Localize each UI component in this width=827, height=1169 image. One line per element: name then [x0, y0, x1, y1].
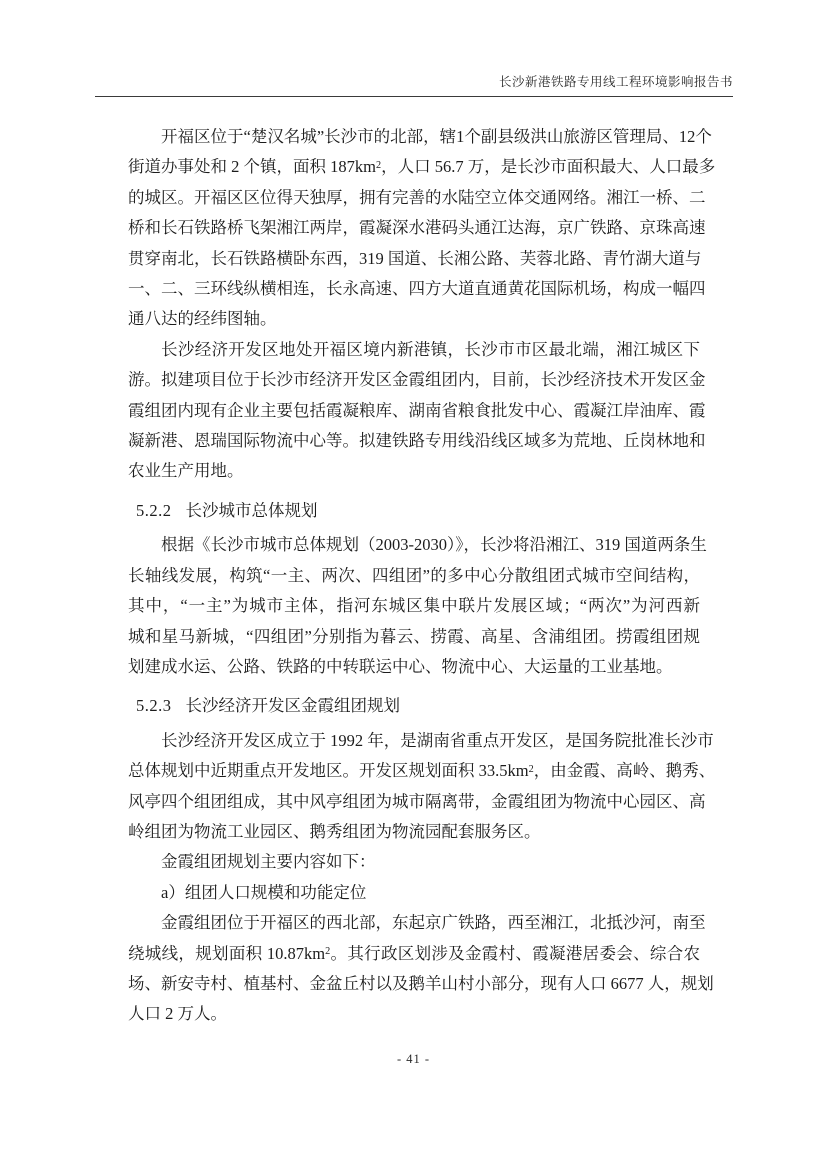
heading-title: 长沙城市总体规划 — [186, 501, 318, 520]
paragraph: 根据《长沙市城市总体规划（2003-2030）》，长沙将沿湘江、319 国道两条… — [128, 530, 700, 682]
paragraph: 长沙经济开发区成立于 1992 年，是湖南省重点开发区，是国务院批准长沙市总体规… — [128, 726, 700, 848]
text-line: 岭组团为物流工业园区、鹅秀组团为物流园配套服务区。 — [128, 817, 700, 847]
section-heading: 5.2.3长沙经济开发区金霞组团规划 — [128, 691, 700, 721]
text-line: 场、新安寺村、植基村、金盆丘村以及鹅羊山村小部分，现有人口 6677 人，规划 — [128, 969, 700, 999]
text-line: 霞组团内现有企业主要包括霞凝粮库、湖南省粮食批发中心、霞凝江岸油库、霞 — [128, 396, 700, 426]
document-page: 长沙新港铁路专用线工程环境影响报告书 开福区位于“楚汉名城”长沙市的北部，辖1个… — [0, 0, 827, 1169]
text-line: 一、二、三环线纵横相连，长永高速、四方大道直通黄花国际机场，构成一幅四 — [128, 274, 700, 304]
text-line: 其中，“一主”为城市主体，指河东城区集中联片发展区域；“两次”为河西新 — [128, 591, 700, 621]
header-rule — [95, 96, 733, 97]
text-line: 长轴线发展，构筑“一主、两次、四组团”的多中心分散组团式城市空间结构， — [128, 561, 700, 591]
text-line: 农业生产用地。 — [128, 456, 700, 486]
running-header-title: 长沙新港铁路专用线工程环境影响报告书 — [95, 74, 733, 90]
text-line: 通八达的经纬图轴。 — [128, 304, 700, 334]
text-line: 游。拟建项目位于长沙市经济开发区金霞组团内，目前，长沙经济技术开发区金 — [128, 365, 700, 395]
paragraph: a）组团人口规模和功能定位 — [128, 878, 700, 908]
text-line: 风亭四个组团组成，其中风亭组团为城市隔离带，金霞组团为物流中心园区、高 — [128, 787, 700, 817]
text-line: 划建成水运、公路、铁路的中转联运中心、物流中心、大运量的工业基地。 — [128, 652, 700, 682]
paragraph: 金霞组团规划主要内容如下： — [128, 847, 700, 877]
text-line: 的城区。开福区区位得天独厚，拥有完善的水陆空立体交通网络。湘江一桥、二 — [128, 183, 700, 213]
text-line: 长沙经济开发区地处开福区境内新港镇，长沙市市区最北端，湘江城区下 — [128, 335, 700, 365]
heading-number: 5.2.3 — [136, 696, 172, 715]
section-heading: 5.2.2长沙城市总体规划 — [128, 496, 700, 526]
text-line: 金霞组团规划主要内容如下： — [128, 847, 700, 877]
text-line: 桥和长石铁路桥飞架湘江两岸，霞凝深水港码头通江达海，京广铁路、京珠高速 — [128, 213, 700, 243]
text-line: 人口 2 万人。 — [128, 999, 700, 1029]
text-line: 长沙经济开发区成立于 1992 年，是湖南省重点开发区，是国务院批准长沙市 — [128, 726, 700, 756]
text-line: 贯穿南北，长石铁路横卧东西，319 国道、长湘公路、芙蓉北路、青竹湖大道与 — [128, 244, 700, 274]
paragraph: 长沙经济开发区地处开福区境内新港镇，长沙市市区最北端，湘江城区下游。拟建项目位于… — [128, 335, 700, 487]
paragraph: 金霞组团位于开福区的西北部，东起京广铁路，西至湘江，北抵沙河，南至绕城线，规划面… — [128, 908, 700, 1030]
text-line: a）组团人口规模和功能定位 — [128, 878, 700, 908]
heading-number: 5.2.2 — [136, 501, 172, 520]
body-text: 开福区位于“楚汉名城”长沙市的北部，辖1个副县级洪山旅游区管理局、12个街道办事… — [128, 122, 700, 1030]
text-line: 开福区位于“楚汉名城”长沙市的北部，辖1个副县级洪山旅游区管理局、12个 — [128, 122, 700, 152]
text-line: 城和星马新城，“四组团”分别指为暮云、捞霞、高星、含浦组团。捞霞组团规 — [128, 622, 700, 652]
text-line: 街道办事处和 2 个镇，面积 187km2，人口 56.7 万，是长沙市面积最大… — [128, 152, 700, 182]
heading-title: 长沙经济开发区金霞组团规划 — [186, 696, 401, 715]
text-line: 金霞组团位于开福区的西北部，东起京广铁路，西至湘江，北抵沙河，南至 — [128, 908, 700, 938]
page-number: - 41 - — [0, 1052, 827, 1067]
text-line: 凝新港、恩瑞国际物流中心等。拟建铁路专用线沿线区域多为荒地、丘岗林地和 — [128, 426, 700, 456]
text-line: 总体规划中近期重点开发地区。开发区规划面积 33.5km2，由金霞、高岭、鹅秀、 — [128, 756, 700, 786]
paragraph: 开福区位于“楚汉名城”长沙市的北部，辖1个副县级洪山旅游区管理局、12个街道办事… — [128, 122, 700, 335]
text-line: 根据《长沙市城市总体规划（2003-2030）》，长沙将沿湘江、319 国道两条… — [128, 530, 700, 560]
text-line: 绕城线，规划面积 10.87km2。其行政区划涉及金霞村、霞凝港居委会、综合农 — [128, 939, 700, 969]
